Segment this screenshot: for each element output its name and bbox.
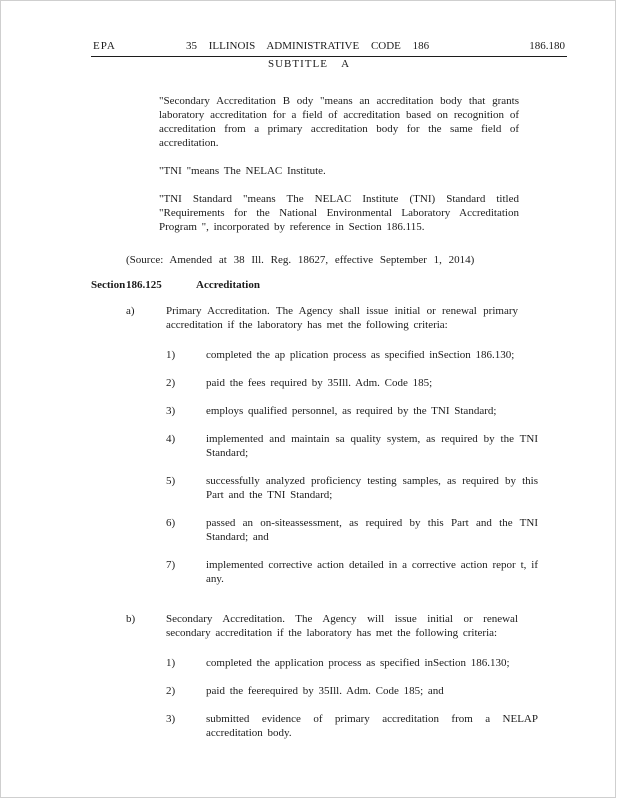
section-heading: Section 186.125 Accreditation — [91, 278, 615, 292]
list-item: 5) successfully analyzed proficiency tes… — [166, 474, 538, 502]
list-item-label: 1) — [166, 348, 206, 362]
section-label: Section — [91, 278, 126, 292]
list-item-label: 4) — [166, 432, 206, 460]
section-title: Accreditation — [196, 278, 260, 292]
list-item-text: completed the ap plication process as sp… — [206, 348, 538, 362]
subsection-a-body: Primary Accreditation. The Agency shall … — [166, 304, 538, 600]
list-item-label: 1) — [166, 656, 206, 670]
list-item: 1) completed the ap plication process as… — [166, 348, 538, 362]
list-item-text: paid the fees required by 35Ill. Adm. Co… — [206, 376, 538, 390]
list-item-text: paid the feerequired by 35Ill. Adm. Code… — [206, 684, 538, 698]
list-item-label: 5) — [166, 474, 206, 502]
subsection-b-intro: Secondary Accreditation. The Agency will… — [166, 612, 518, 640]
definition-paragraph-secondary-accreditation-body: "Secondary Accreditation B ody "means an… — [159, 94, 519, 150]
header-left-text: EPA — [93, 39, 116, 53]
definition-paragraph-tni-standard: "TNI Standard "means The NELAC Institute… — [159, 192, 519, 234]
list-item-text: implemented and maintain sa quality syst… — [206, 432, 538, 460]
list-item-text: passed an on-siteassessment, as required… — [206, 516, 538, 544]
definition-paragraph-tni: "TNI "means The NELAC Institute. — [159, 164, 519, 178]
list-item-text: employs qualified personnel, as required… — [206, 404, 538, 418]
subsection-b-body: Secondary Accreditation. The Agency will… — [166, 612, 538, 754]
list-item: 3) employs qualified personnel, as requi… — [166, 404, 538, 418]
subsection-b: b) Secondary Accreditation. The Agency w… — [126, 612, 615, 754]
list-item-text: submitted evidence of primary accreditat… — [206, 712, 538, 740]
list-item: 2) paid the feerequired by 35Ill. Adm. C… — [166, 684, 538, 698]
list-item: 6) passed an on-siteassessment, as requi… — [166, 516, 538, 544]
list-item-label: 2) — [166, 684, 206, 698]
header-center-text: 35 ILLINOIS ADMINISTRATIVE CODE 186 — [186, 39, 429, 53]
document-page: EPA 35 ILLINOIS ADMINISTRATIVE CODE 186 … — [0, 0, 616, 798]
list-item-label: 3) — [166, 712, 206, 740]
list-item: 4) implemented and maintain sa quality s… — [166, 432, 538, 460]
list-item-text: implemented corrective action detailed i… — [206, 558, 538, 586]
list-item: 7) implemented corrective action detaile… — [166, 558, 538, 586]
list-item-label: 2) — [166, 376, 206, 390]
subsection-a-intro: Primary Accreditation. The Agency shall … — [166, 304, 518, 332]
header-subtitle: SUBTITLE A — [71, 57, 547, 71]
list-item-text: completed the application process as spe… — [206, 656, 538, 670]
list-item-label: 3) — [166, 404, 206, 418]
list-item-text: successfully analyzed proficiency testin… — [206, 474, 538, 502]
section-number: 186.125 — [126, 278, 196, 292]
list-item: 1) completed the application process as … — [166, 656, 538, 670]
list-item-label: 6) — [166, 516, 206, 544]
subsection-b-label: b) — [126, 612, 166, 754]
page-header: EPA 35 ILLINOIS ADMINISTRATIVE CODE 186 … — [91, 39, 567, 57]
list-item-label: 7) — [166, 558, 206, 586]
header-right-text: 186.180 — [529, 39, 565, 53]
source-note: (Source: Amended at 38 Ill. Reg. 18627, … — [126, 253, 546, 267]
list-item: 2) paid the fees required by 35Ill. Adm.… — [166, 376, 538, 390]
subsection-a: a) Primary Accreditation. The Agency sha… — [126, 304, 615, 600]
subsection-a-label: a) — [126, 304, 166, 600]
list-item: 3) submitted evidence of primary accredi… — [166, 712, 538, 740]
